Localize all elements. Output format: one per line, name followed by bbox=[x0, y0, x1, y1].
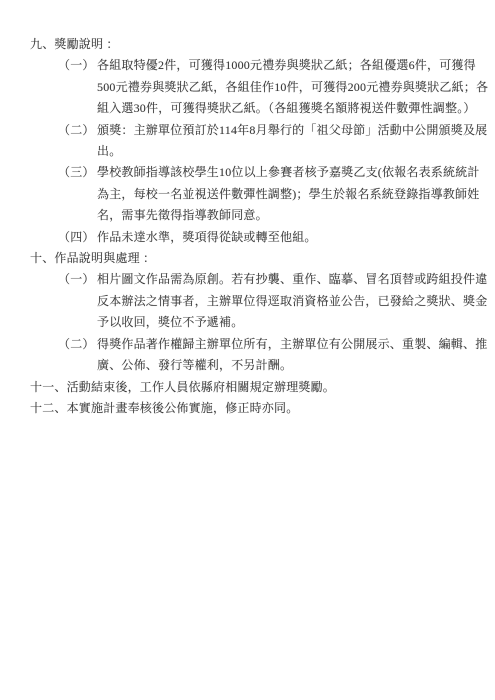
item-text: 相片圖文作品需為原創。若有抄襲、重作、臨摹、冒名頂替或跨組投件違 bbox=[97, 272, 487, 286]
item-continuation-line: 出。 bbox=[30, 141, 467, 162]
item-marker: （四） bbox=[58, 227, 97, 248]
section-heading-11: 十一、活動結束後，工作人員依縣府相關規定辦理獎勵。 bbox=[30, 377, 467, 398]
item-continuation-line: 名，需事先徵得指導教師同意。 bbox=[30, 205, 467, 226]
item-text: 學校教師指導該校學生10位以上參賽者核予嘉獎乙支(依報名表系統統計 bbox=[97, 165, 480, 179]
item-marker: （二） bbox=[58, 120, 97, 141]
item-continuation-line: 為主，每校一名並視送件數彈性調整)；學生於報名系統登錄指導教師姓 bbox=[30, 184, 467, 205]
list-item-9-2: （二）頒獎：主辦單位預訂於114年8月舉行的「祖父母節」活動中公開頒獎及展 bbox=[30, 120, 467, 141]
item-marker: （一） bbox=[58, 269, 97, 290]
item-continuation-line: 500元禮券與獎狀乙紙，各組佳作10件，可獲得200元禮券與獎狀乙紙；各 bbox=[30, 77, 467, 98]
item-text: 得獎作品著作權歸主辦單位所有，主辦單位有公開展示、重製、編輯、推 bbox=[97, 337, 487, 351]
item-text: 作品未達水準，獎項得從缺或轉至他組。 bbox=[97, 230, 317, 244]
list-item-10-1: （一）相片圖文作品需為原創。若有抄襲、重作、臨摹、冒名頂替或跨組投件違 bbox=[30, 269, 467, 290]
item-marker: （三） bbox=[58, 162, 97, 183]
item-text: 頒獎：主辦單位預訂於114年8月舉行的「祖父母節」活動中公開頒獎及展 bbox=[97, 123, 487, 137]
section-heading-10: 十、作品說明與處理 ： bbox=[30, 248, 467, 269]
item-marker: （二） bbox=[58, 334, 97, 355]
list-item-9-3: （三）學校教師指導該校學生10位以上參賽者核予嘉獎乙支(依報名表系統統計 bbox=[30, 162, 467, 183]
section-heading-9: 九、獎勵說明 ： bbox=[30, 34, 467, 55]
list-item-9-1: （一）各組取特優2件，可獲得1000元禮券與獎狀乙紙；各組優選6件，可獲得 bbox=[30, 55, 467, 76]
item-continuation-line: 廣、公佈、發行等權利，不另計酬。 bbox=[30, 355, 467, 376]
item-continuation-line: 予以收回，獎位不予遞補。 bbox=[30, 312, 467, 333]
item-continuation-line: 反本辦法之情事者，主辦單位得逕取消資格並公告，已發給之獎狀、獎金 bbox=[30, 291, 467, 312]
list-item-9-4: （四）作品未達水準，獎項得從缺或轉至他組。 bbox=[30, 227, 467, 248]
item-continuation-line: 組入選30件，可獲得獎狀乙紙。（各組獲獎名額將視送件數彈性調整。） bbox=[30, 98, 467, 119]
item-marker: （一） bbox=[58, 55, 97, 76]
section-heading-12: 十二、本實施計畫奉核後公佈實施，修正時亦同。 bbox=[30, 398, 467, 419]
document-page: 九、獎勵說明 ： （一）各組取特優2件，可獲得1000元禮券與獎狀乙紙；各組優選… bbox=[0, 0, 495, 700]
list-item-10-2: （二）得獎作品著作權歸主辦單位所有，主辦單位有公開展示、重製、編輯、推 bbox=[30, 334, 467, 355]
item-text: 各組取特優2件，可獲得1000元禮券與獎狀乙紙；各組優選6件，可獲得 bbox=[97, 58, 476, 72]
